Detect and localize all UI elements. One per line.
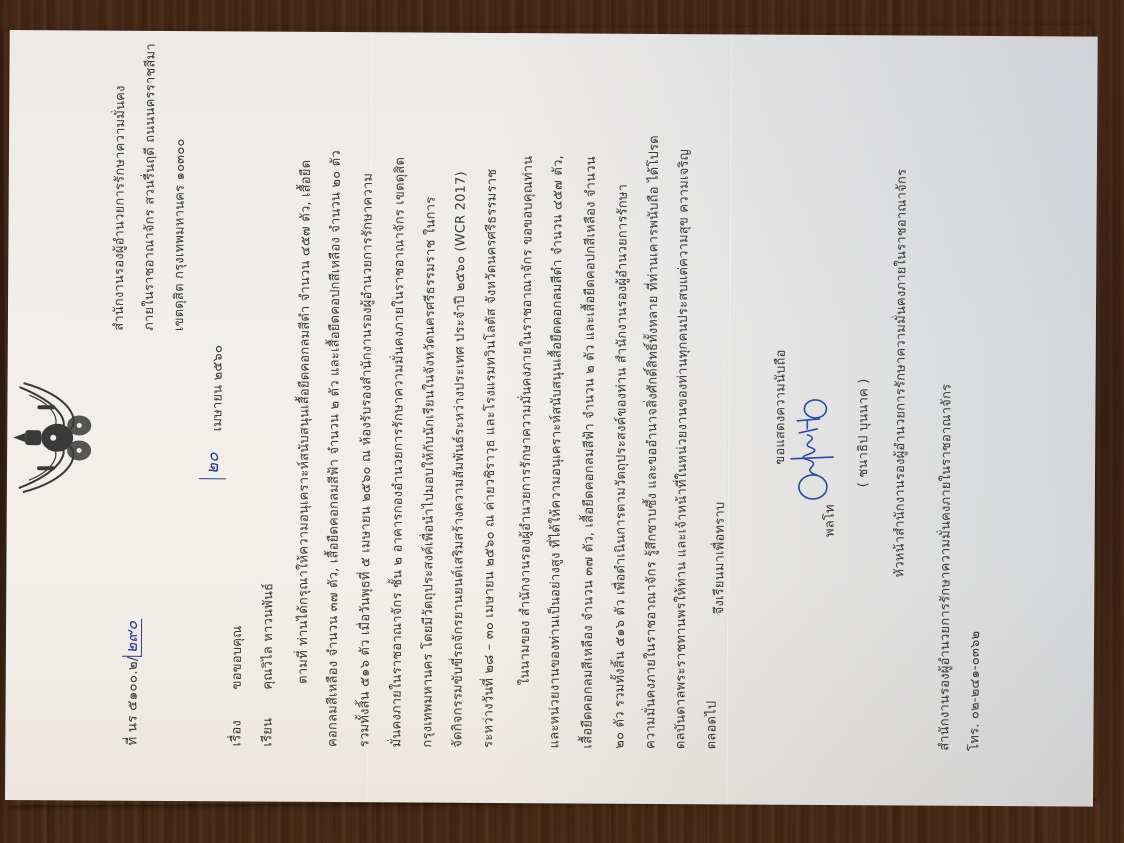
body-line: ระหว่างวันที่ ๒๘ – ๓๐ เมษายน ๒๕๖๐ ณ ค่าย…	[477, 169, 502, 748]
body-line: กรุงเทพมหานคร โดยมีวัตถุประสงค์เพื่อนำไป…	[416, 197, 440, 748]
body-line: ความมั่นคงภายในราชอาณาจักร รู้สึกซาบซึ้ง…	[639, 135, 664, 749]
recipient-label: เรียน	[256, 718, 277, 747]
agency-address-line: สำนักงานรองผู้อำนวยการรักษาความมั่นคง	[108, 85, 130, 330]
footer-office: สำนักงานรองผู้อำนวยการรักษาความมั่นคงภาย…	[933, 384, 956, 751]
body-line: จัดกิจกรรมขับขี่รถจักรยานยนต์เสริมสร้างค…	[446, 171, 471, 748]
garuda-emblem-icon	[9, 375, 100, 501]
handwritten-date-day: ๒๐	[199, 452, 226, 479]
body-line: รวมทั้งสิ้น ๕๑๖ ตัว เมื่อวันพุธที่ ๕ เมษ…	[353, 173, 378, 747]
signer-name: ( ชนาธิป บุนนาค )	[852, 378, 874, 487]
date-month-year: เมษายน ๒๕๖๐	[206, 345, 228, 431]
footer-phone: โทร. ๐๒-๒๔๑-๐๓๖๒	[963, 631, 985, 751]
paper-fold-line	[725, 34, 732, 804]
agency-address-line: เขตดุสิต กรุงเทพมหานคร ๑๐๓๐๐	[168, 138, 190, 331]
body-line: ตามที่ ท่านได้กรุณาให้ความอนุเคราะห์สนับ…	[292, 160, 316, 684]
body-line: เสื้อยืดคอกลมสีเหลือง จำนวน ๓๗ ตัว, เสื้…	[576, 156, 601, 748]
body-line: ในนามของ สำนักงานรองผู้อำนวยการรักษาความ…	[514, 156, 538, 686]
signer-rank: พลโท	[819, 504, 840, 537]
reference-number: ที่ นร ๕๑๐๐.๒/๒๙๐	[119, 619, 145, 746]
body-line: ๒๐ ตัว รวมทั้งสิ้น ๕๑๖ ตัว เพื่อดำเนินกา…	[608, 184, 632, 749]
subject-label: เรื่อง	[225, 720, 246, 747]
body-line: มั่นคงภายในราชอาณาจักร ชั้น ๒ อาคารกองอำ…	[385, 157, 410, 748]
closing-inform: จึงเรียนมาเพื่อทราบ	[708, 502, 730, 615]
recipient-value: คุณวิไล หาวนพันธ์	[257, 583, 279, 690]
body-line: คอกลมสีเหลือง จำนวน ๓๗ ตัว, เสื้อยืดคอกล…	[321, 150, 346, 747]
handwritten-reference-number: ๒๙๐	[122, 619, 142, 657]
reference-prefix: ที่ นร ๕๑๐๐.๒/	[124, 656, 141, 745]
handwritten-signature	[787, 395, 838, 505]
body-line: ดลบันดาลพระราชทานพรให้ท่าน และเจ้าหน้าที…	[669, 149, 694, 749]
body-line: ตลอดไป	[700, 701, 721, 750]
agency-address-line: ภายในราชอาณาจักร สวนรื่นฤดี ถนนนครราชสีม…	[138, 43, 161, 331]
signer-title: หัวหน้าสำนักงานรองผู้อำนวยการรักษาความมั…	[888, 169, 911, 578]
subject-value: ขอขอบคุณ	[226, 626, 247, 690]
body-line: และหน่วยงานของท่านเป็นอย่างสูง ที่ได้ให้…	[543, 155, 568, 748]
letter-paper: ที่ นร ๕๑๐๐.๒/๒๙๐ สำนักงานรองผู้อำนวยกา	[5, 30, 1098, 807]
